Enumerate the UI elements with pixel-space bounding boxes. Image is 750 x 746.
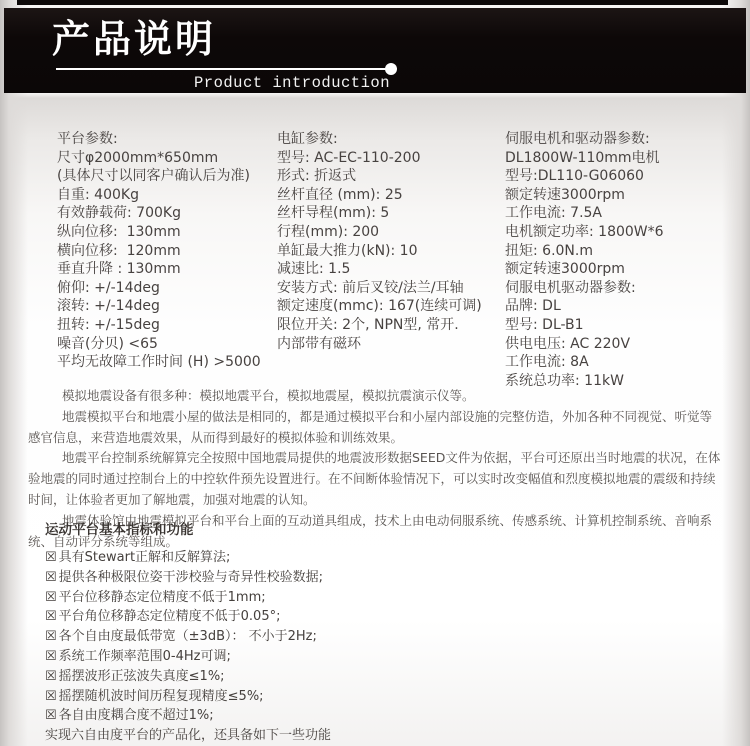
spec-line: 型号: AC-EC-110-200 xyxy=(277,149,503,168)
spec-line: 伺服电机驱动器参数: xyxy=(505,279,737,298)
spec-line: 扭转: +/-15deg xyxy=(57,316,277,335)
page-title: 产品说明 xyxy=(52,15,216,63)
ballot-x-icon: ☒ xyxy=(45,687,57,707)
spec-line: 安装方式: 前后叉铰/法兰/耳轴 xyxy=(277,279,503,298)
product-introduction-page: 产品说明 Product introduction 平台参数:尺寸φ2000mm… xyxy=(0,0,750,746)
feature-text: 摇摆波形正弦波失真度≤1%; xyxy=(59,667,225,687)
ballot-x-icon: ☒ xyxy=(45,627,57,647)
spec-line: 行程(mm): 200 xyxy=(277,223,503,242)
spec-line: 平台参数: xyxy=(57,130,277,149)
feature-item: ☒ 提供各种极限位姿干涉校验与奇异性校验数据; xyxy=(45,568,725,588)
spec-line: 电缸参数: xyxy=(277,130,503,149)
spec-line: (具体尺寸以同客户确认后为准) xyxy=(57,167,277,186)
spec-line: 型号:DL110-G06060 xyxy=(505,167,737,186)
paragraph: 地震模拟平台和地震小屋的做法是相同的，都是通过模拟平台和小屋内部设施的完整仿造，… xyxy=(28,407,724,449)
feature-text: 系统工作频率范围0-4Hz可调; xyxy=(59,647,231,667)
feature-item: ☒ 具有Stewart正解和反解算法; xyxy=(45,548,725,568)
ballot-x-icon: ☒ xyxy=(45,588,57,608)
ballot-x-icon: ☒ xyxy=(45,647,57,667)
spec-line: 减速比: 1.5 xyxy=(277,260,503,279)
spec-line: 滚转: +/-14deg xyxy=(57,297,277,316)
page-subtitle: Product introduction xyxy=(154,74,390,92)
features-heading: 运动平台基本指标和功能 xyxy=(45,521,725,539)
spec-line: 电机额定功率: 1800W*6 xyxy=(505,223,737,242)
spec-line: 额定转速3000rpm xyxy=(505,260,737,279)
feature-text: 平台位移静态定位精度不低于1mm; xyxy=(59,588,266,608)
features-section: 运动平台基本指标和功能 ☒ 具有Stewart正解和反解算法; ☒ 提供各种极限… xyxy=(45,521,725,746)
features-list: ☒ 具有Stewart正解和反解算法; ☒ 提供各种极限位姿干涉校验与奇异性校验… xyxy=(45,548,725,726)
paragraph: 模拟地震设备有很多种：模拟地震平台，模拟地震屋，模拟抗震演示仪等。 xyxy=(28,386,724,407)
spec-line: 单缸最大推力(kN): 10 xyxy=(277,242,503,261)
features-footer: 实现六自由度平台的产品化，还具备如下一些功能 xyxy=(45,726,725,746)
spec-line: 内部带有磁环 xyxy=(277,335,503,354)
spec-column-platform: 平台参数:尺寸φ2000mm*650mm(具体尺寸以同客户确认后为准)自重: 4… xyxy=(57,130,277,372)
feature-text: 各个自由度最低带宽（±3dB）： 不小于2Hz; xyxy=(59,627,317,647)
feature-item: ☒ 摇摆波形正弦波失真度≤1%; xyxy=(45,667,725,687)
paragraph: 地震平台控制系统解算完全按照中国地震局提供的地震波形数据SEED文件为依据，平台… xyxy=(28,448,724,510)
spec-line: 丝杆导程(mm): 5 xyxy=(277,204,503,223)
spec-line: 工作电流: 7.5A xyxy=(505,204,737,223)
spec-line: 扭矩: 6.0N.m xyxy=(505,242,737,261)
feature-item: ☒ 各个自由度最低带宽（±3dB）： 不小于2Hz; xyxy=(45,627,725,647)
feature-text: 提供各种极限位姿干涉校验与奇异性校验数据; xyxy=(59,568,323,588)
spec-line: 垂直升降 : 130mm xyxy=(57,260,277,279)
ballot-x-icon: ☒ xyxy=(45,706,57,726)
spec-line: 有效静载荷: 700Kg xyxy=(57,204,277,223)
spec-line: 噪音(分贝) <65 xyxy=(57,335,277,354)
spec-line: 供电电压: AC 220V xyxy=(505,335,737,354)
spec-line: 品牌: DL xyxy=(505,297,737,316)
ballot-x-icon: ☒ xyxy=(45,667,57,687)
spec-line: DL1800W-110mm电机 xyxy=(505,149,737,168)
spec-line: 纵向位移: 130mm xyxy=(57,223,277,242)
feature-text: 平台角位移静态定位精度不低于0.05°; xyxy=(59,607,281,627)
feature-text: 摇摆随机波时间历程复现精度≤5%; xyxy=(59,687,264,707)
feature-item: ☒ 平台角位移静态定位精度不低于0.05°; xyxy=(45,607,725,627)
ballot-x-icon: ☒ xyxy=(45,607,57,627)
ballot-x-icon: ☒ xyxy=(45,568,57,588)
top-divider-bar xyxy=(17,0,728,5)
feature-item: ☒ 摇摆随机波时间历程复现精度≤5%; xyxy=(45,687,725,707)
spec-line: 形式: 折返式 xyxy=(277,167,503,186)
spec-line: 限位开关: 2个, NPN型, 常开. xyxy=(277,316,503,335)
ballot-x-icon: ☒ xyxy=(45,548,57,568)
feature-item: ☒ 系统工作频率范围0-4Hz可调; xyxy=(45,647,725,667)
spec-column-servo: 伺服电机和驱动器参数:DL1800W-110mm电机型号:DL110-G0606… xyxy=(505,130,737,390)
spec-line: 平均无故障工作时间 (H) >5000 xyxy=(57,353,277,372)
spec-line: 额定速度(mmc): 167(连续可调) xyxy=(277,297,503,316)
feature-item: ☒ 平台位移静态定位精度不低于1mm; xyxy=(45,588,725,608)
spec-line: 伺服电机和驱动器参数: xyxy=(505,130,737,149)
spec-line: 尺寸φ2000mm*650mm xyxy=(57,149,277,168)
spec-line: 丝杆直径 (mm): 25 xyxy=(277,186,503,205)
spec-line: 横向位移: 120mm xyxy=(57,242,277,261)
spec-line: 额定转速3000rpm xyxy=(505,186,737,205)
spec-line: 工作电流: 8A xyxy=(505,353,737,372)
spec-column-cylinder: 电缸参数:型号: AC-EC-110-200形式: 折返式丝杆直径 (mm): … xyxy=(277,130,503,353)
feature-text: 具有Stewart正解和反解算法; xyxy=(59,548,231,568)
feature-item: ☒ 各自由度耦合度不超过1%; xyxy=(45,706,725,726)
header-banner: 产品说明 Product introduction xyxy=(4,8,746,93)
title-underline xyxy=(56,68,390,70)
feature-text: 各自由度耦合度不超过1%; xyxy=(59,706,214,726)
spec-line: 自重: 400Kg xyxy=(57,186,277,205)
spec-line: 俯仰: +/-14deg xyxy=(57,279,277,298)
spec-line: 型号: DL-B1 xyxy=(505,316,737,335)
